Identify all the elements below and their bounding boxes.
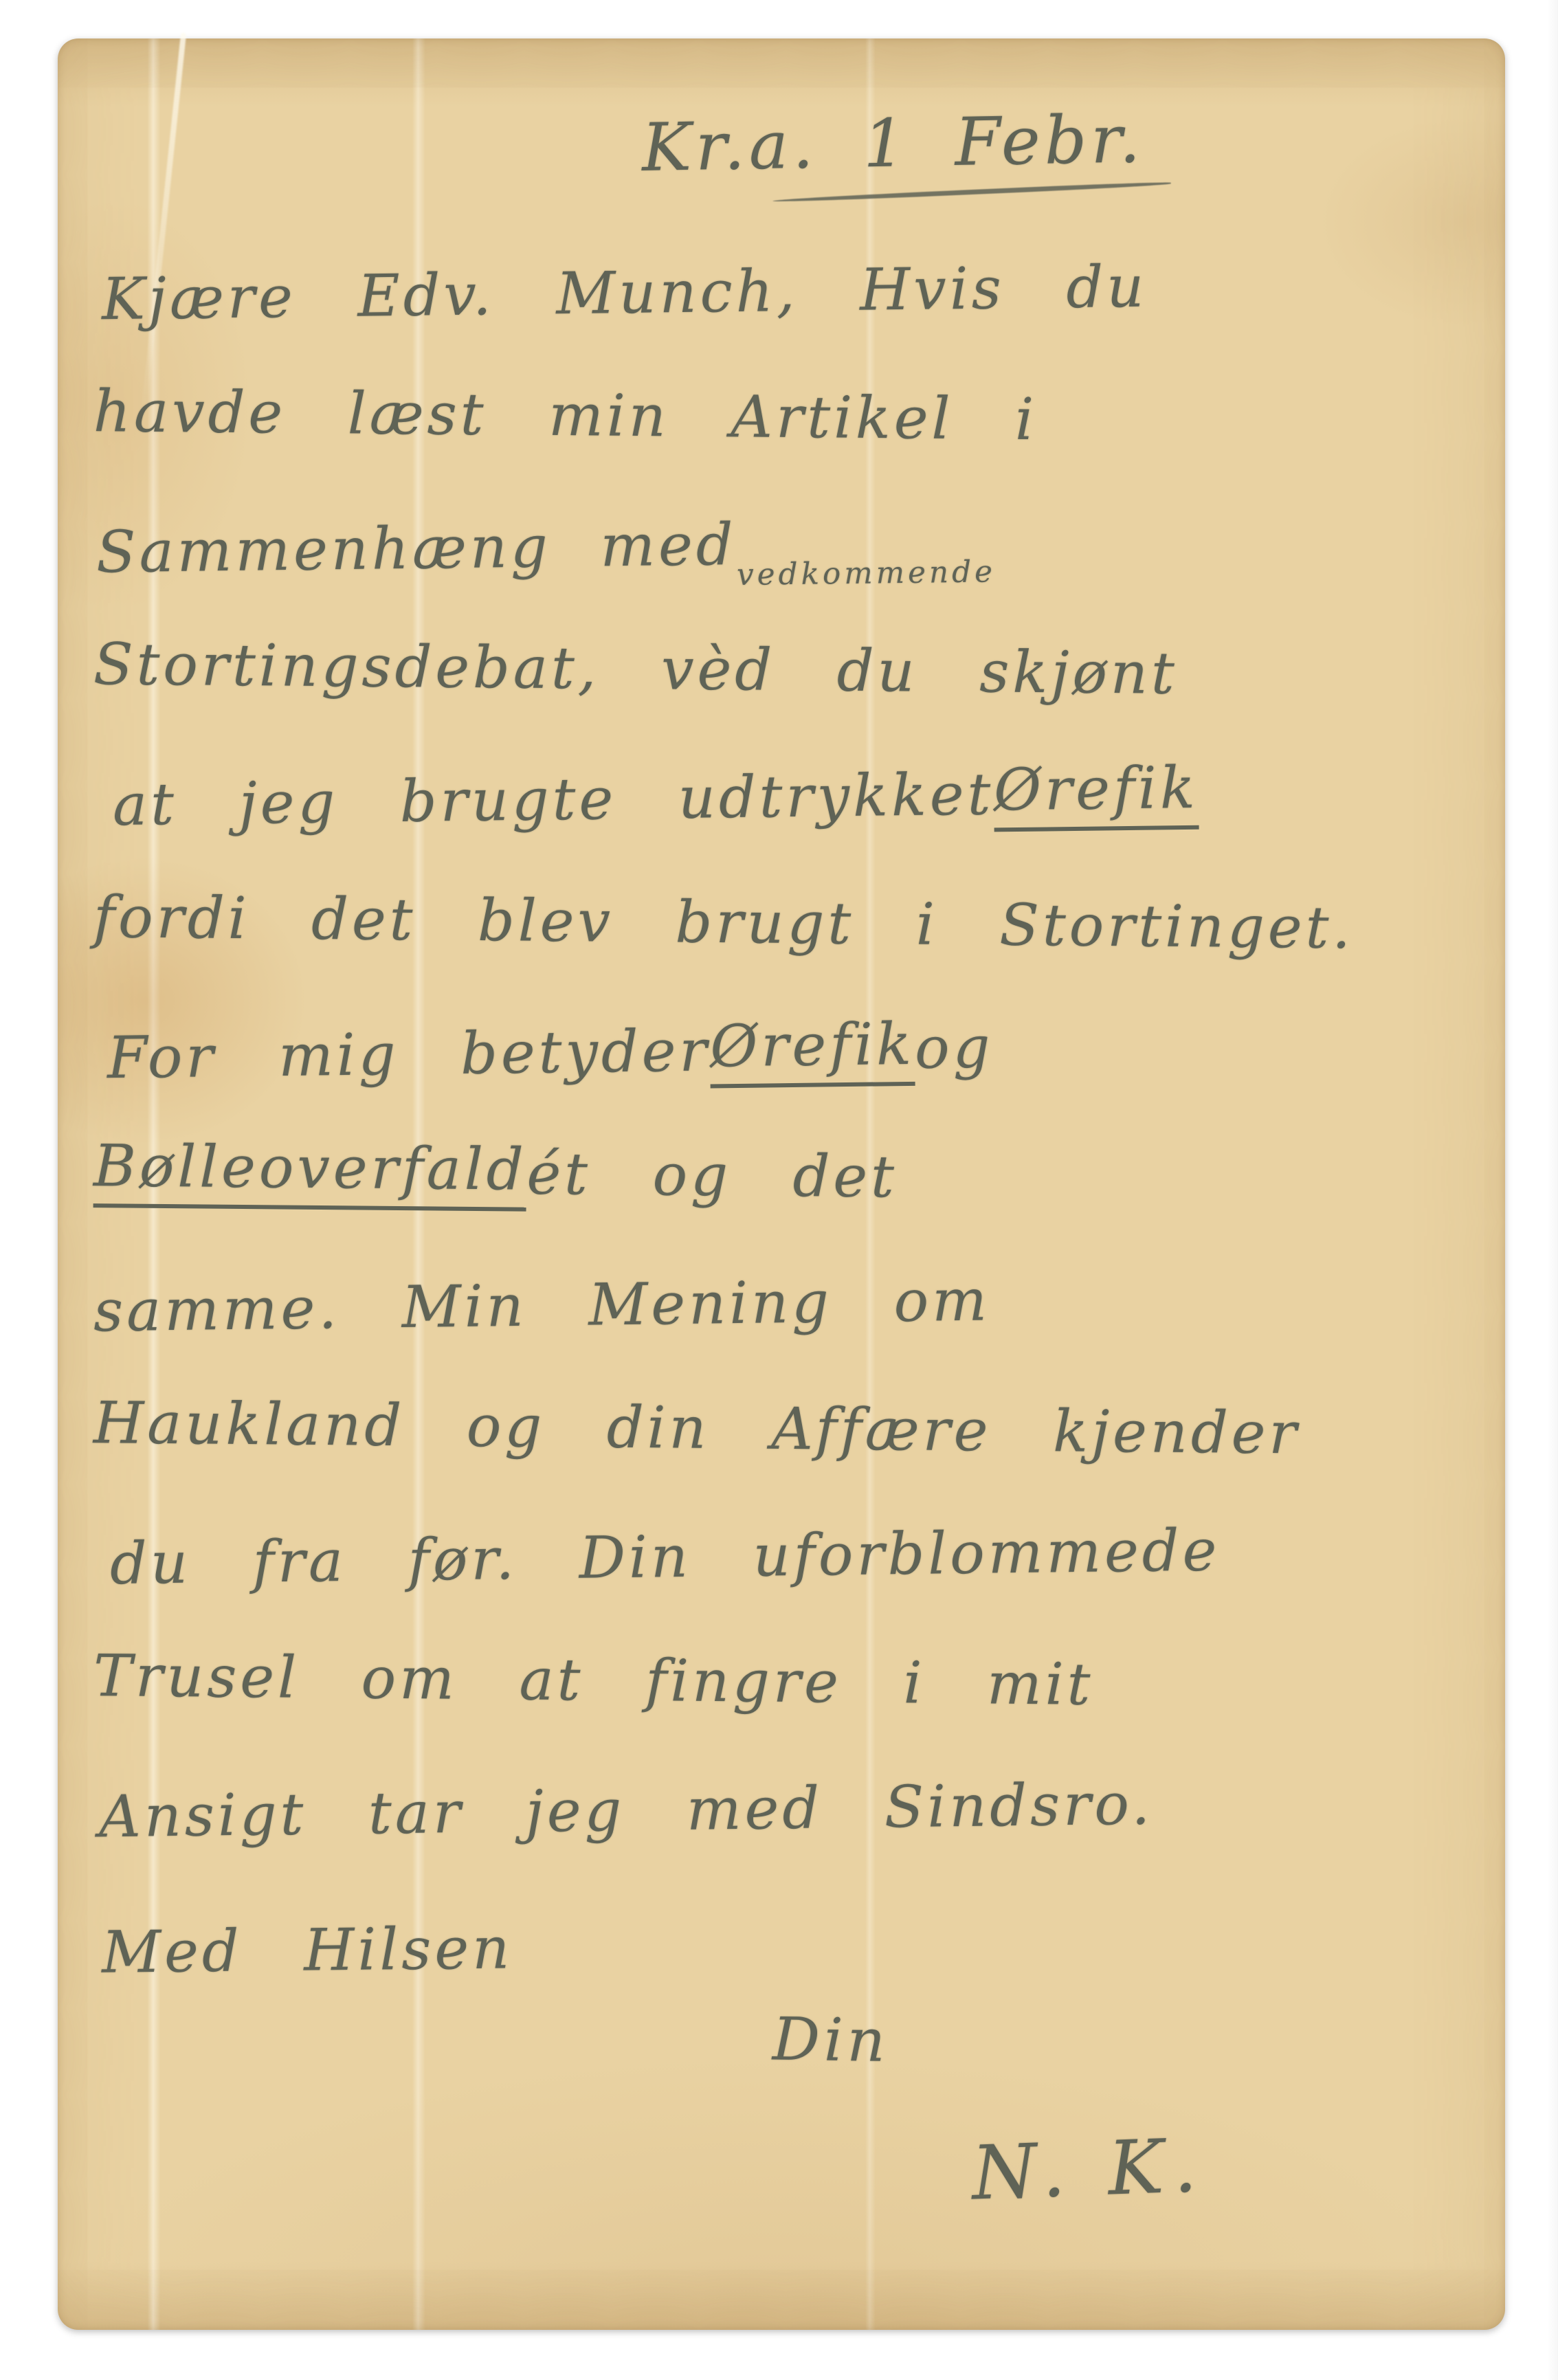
underlined-word: Ørefik <box>710 1010 915 1089</box>
text-segment: og <box>914 1013 994 1081</box>
text-segment: ét og det <box>526 1140 898 1211</box>
text-segment: havde læst min Artikel i <box>93 377 1038 453</box>
closing-salutation: Med Hilsen <box>102 1904 1506 1986</box>
underlined-word: Bølleoverfald <box>93 1132 527 1211</box>
scanner-edge-shadow <box>1547 0 1558 2380</box>
letter-line: Sammenhæng med vedkommende <box>93 472 1492 616</box>
letter-line: havde læst min Artikel i <box>93 348 1492 487</box>
letter-body: Kjære Edv. Munch, Hvis duhavde læst min … <box>58 227 1505 1871</box>
text-segment: at jeg brugte udtrykket <box>112 760 994 838</box>
underlined-word: Ørefik <box>994 754 1199 832</box>
text-segment: Kjære Edv. Munch, Hvis du <box>101 253 1147 333</box>
letter-line: Trusel om at fingre i mit <box>93 1612 1492 1751</box>
signature: N. K. <box>970 2112 1506 2216</box>
letter-line: samme. Min Mening om <box>93 1231 1492 1375</box>
letter-line: du fra før. Din uforblommede <box>93 1484 1492 1627</box>
text-segment: For mig betyder <box>107 1016 711 1091</box>
text-segment: Trusel om at fingre i mit <box>93 1642 1094 1718</box>
text-segment: samme. Min Mening om <box>93 1266 990 1344</box>
text-segment: du fra før. Din uforblommede <box>109 1516 1220 1597</box>
letter-line: For mig betyder Ørefik og <box>93 978 1492 1122</box>
text-segment: Sammenhæng med <box>96 511 737 586</box>
dateline-underline-stroke <box>772 181 1171 203</box>
text-segment: Haukland og din Affære kjender <box>93 1389 1300 1467</box>
dateline: Kr.a. 1 Febr. <box>641 94 1506 186</box>
letter-line: Haukland og din Affære kjender <box>93 1359 1492 1498</box>
text-segment: vedkommende <box>737 554 997 608</box>
letter-line: at jeg brugte udtrykket Ørefik <box>93 725 1492 869</box>
letter-line: Kjære Edv. Munch, Hvis du <box>93 219 1492 363</box>
letter-line: Bølleoverfald ét og det <box>93 1106 1492 1245</box>
scan-background: Kr.a. 1 Febr. Kjære Edv. Munch, Hvis duh… <box>0 0 1558 2380</box>
letter-line: fordi det blev brugt i Stortinget. <box>93 854 1492 992</box>
text-segment: fordi det blev brugt i Stortinget. <box>93 883 1355 961</box>
postcard: Kr.a. 1 Febr. Kjære Edv. Munch, Hvis duh… <box>58 38 1505 2330</box>
letter-line: Stortingsdebat, vèd du skjønt <box>93 601 1492 739</box>
text-segment: Ansigt tar jeg med Sindsro. <box>98 1770 1153 1851</box>
text-segment: Stortingsdebat, vèd du skjønt <box>93 630 1179 707</box>
letter-line: Ansigt tar jeg med Sindsro. <box>93 1737 1492 1880</box>
closing-signoff: Din <box>772 2005 1505 2084</box>
